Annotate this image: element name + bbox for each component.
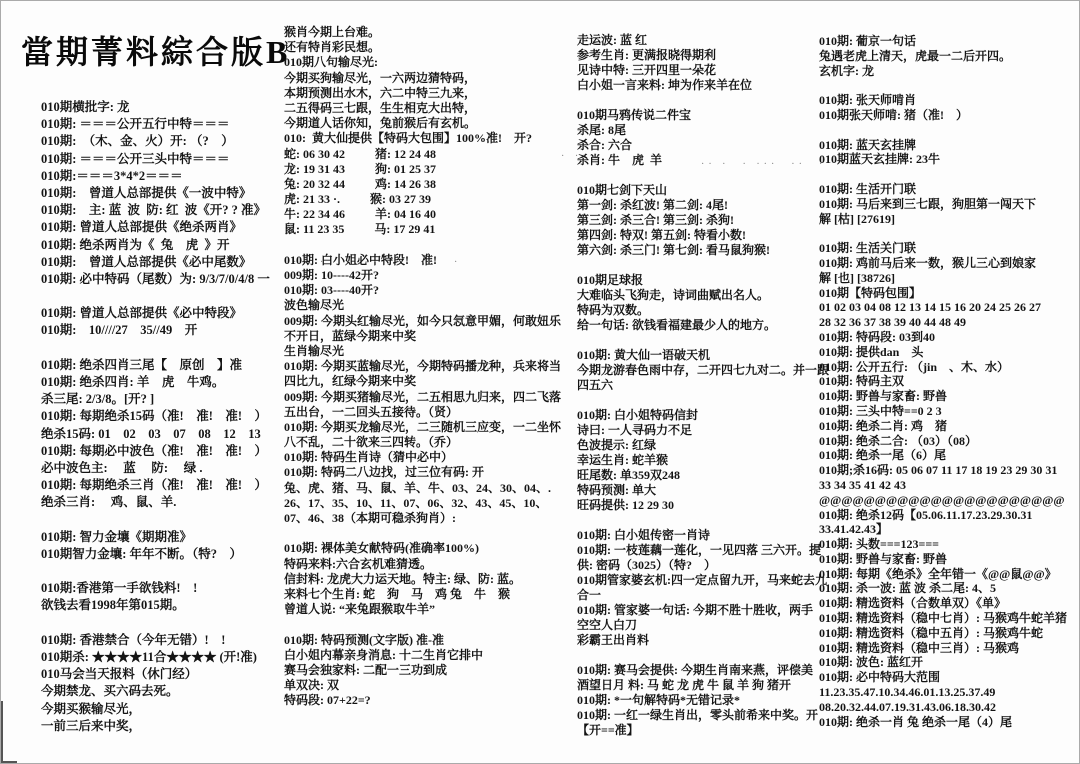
text-line: 010期: 绝杀一尾（6）尾 xyxy=(819,448,1067,463)
text-line: 特码预测: 单大 xyxy=(577,483,829,498)
text-line: 28 32 36 37 38 39 40 44 48 49 xyxy=(819,315,1067,330)
text-line: 08.20.32.44.07.19.31.43.06.18.30.42 xyxy=(819,700,1067,715)
text-line: 诗曰: 一人寻码力不足 xyxy=(577,423,829,438)
text-line: 蛇: 06 30 42 猪: 12 24 48 xyxy=(284,147,561,162)
text-line: 兔、虎、猪、马、鼠、羊、牛、03、24、30、04、. xyxy=(284,481,561,496)
text-line: 010期: 绝杀两肖为《 兔 虎 》开 xyxy=(41,237,270,254)
text-line: 010期: 白小姐传密一肖诗 xyxy=(577,528,829,543)
text-line: 010期: 曾道人总部提供《必中特段》 xyxy=(41,305,270,322)
text-line: 酒望日月 料: 马 蛇 龙 虎 牛 鼠 羊 狗 猪开 xyxy=(577,678,829,693)
text-line: 010期: 马后来到三七跟，狗胆第一闯天下 xyxy=(819,197,1067,212)
text-line: 010期: 绝杀一肖 兔 绝杀一尾（4）尾 xyxy=(819,715,1067,730)
text-line: 010期: 精选资料（稳中三肖）: 马猴鸡 xyxy=(819,641,1067,656)
text-line: 010期: *一句解特码*无错记录* xyxy=(577,693,829,708)
text-line: 010: 黄大仙提供【特码大包围】100%准! 开? xyxy=(284,131,561,146)
text-line xyxy=(577,513,829,528)
text-line: 解 [也] [38726] xyxy=(819,271,1067,286)
text-line xyxy=(577,648,829,663)
column-left: 010期横批字: 龙010期: ＝＝＝公开五行中特＝＝＝010期: （木、金、火… xyxy=(41,99,270,735)
text-line: 010期: 特码预测(文字版) 准-准 xyxy=(284,633,561,648)
text-line: 010期蓝天玄挂牌: 23牛 xyxy=(819,152,1067,167)
tipsheet-page: 當期菁料綜合版B 010期横批字: 龙010期: ＝＝＝公开五行中特＝＝＝010… xyxy=(0,0,1080,764)
text-line: 第一剑: 杀红波! 第二剑: 4尾! xyxy=(577,198,829,213)
text-line: 010期: 03----40开? xyxy=(284,283,561,298)
text-line: 见诗中特: 三开四里一朵花 xyxy=(577,63,829,78)
text-line: 来料七个生肖: 蛇 狗 马 鸡 兔 牛 猴 xyxy=(284,587,561,602)
text-line: 01 02 03 04 08 12 13 14 15 16 20 24 25 2… xyxy=(819,300,1067,315)
text-line: 010期: 精选资料（稳中五肖）: 马猴鸡牛蛇 xyxy=(819,626,1067,641)
text-line: 合一 xyxy=(577,588,829,603)
noise-dots: · · · · · · · xyxy=(293,257,461,268)
text-line: 010期: 赛马会提供: 今期生肖南来燕，评偿美 xyxy=(577,663,829,678)
text-line: 010期: 张天师啃肖 xyxy=(819,93,1067,108)
text-line xyxy=(41,512,270,529)
text-line: 第三剑: 杀三合! 第三剑: 杀狗! xyxy=(577,213,829,228)
text-line: 信封料: 龙虎大力运天地。特主: 绿、防: 蓝。 xyxy=(284,572,561,587)
text-line: 曾道人说: “来兔跟猴取牛羊” xyxy=(284,602,561,617)
text-line: 010期横批字: 龙 xyxy=(41,99,270,116)
text-line: 今期禁龙、买六码去死。 xyxy=(41,683,270,700)
text-line: 赛马会独家料: 二配一三功到成 xyxy=(284,663,561,678)
text-line: 010期: ＝＝＝公开五行中特＝＝＝ xyxy=(41,116,270,133)
text-line: 一前三后来中奖， xyxy=(41,718,270,735)
text-line: 010期足球报 xyxy=(577,273,829,288)
text-line xyxy=(819,226,1067,241)
text-line: 010期: 每期绝杀15码（准! 准! 准! ） xyxy=(41,408,270,425)
page-title: 當期菁料綜合版B xyxy=(21,27,290,73)
text-line xyxy=(284,238,561,253)
column-mid-right: 走运波: 蓝 红参考生肖: 更满报晓得期利见诗中特: 三开四里一朵花白小姐一言来… xyxy=(577,33,829,738)
text-line xyxy=(41,615,270,632)
text-line: 010期: 鸡前马后来一数，猴儿三心到娘家 xyxy=(819,256,1067,271)
text-line: 八不乱，二十欲来三四转。（乔） xyxy=(284,435,561,450)
text-line: 010期: 今期买龙输尽光，二三随机三应变，一二坐怀 xyxy=(284,420,561,435)
text-line: 今期买狗输尽光，一六两边猜特码， xyxy=(284,71,561,86)
text-line xyxy=(577,168,829,183)
text-line: 010期: 黄大仙一语破天机 xyxy=(577,348,829,363)
text-line: 特码段: 07+22=? xyxy=(284,693,561,708)
text-line: 四五六 xyxy=(577,378,829,393)
text-line xyxy=(577,258,829,273)
text-line: 010期: 曾道人总部提供《一波中特》 xyxy=(41,185,270,202)
page-corner-mark xyxy=(1,701,17,763)
text-line: 010期: 一枝莲藕一莲化，一见四落 三六开。提 xyxy=(577,543,829,558)
text-line: 第四剑: 特双! 第五剑: 特看小数! xyxy=(577,228,829,243)
text-line xyxy=(819,167,1067,182)
text-line: 010期: 今期买蓝输尽光，今期特码播龙种，兵来将当 xyxy=(284,359,561,374)
text-line: 010期: 野兽与家畜: 野兽 xyxy=(819,389,1067,404)
text-line: 今期道人话你知，兔前猴后有玄机。 xyxy=(284,116,561,131)
text-line: 色波提示: 红绿 xyxy=(577,438,829,453)
text-line: 010期: 曾道人总部提供《必中尾数》 xyxy=(41,254,270,271)
text-line: 白小姐一言来料: 坤为作来羊在位 xyxy=(577,78,829,93)
text-line: 009期: 今期买猪输尽光，二五相思九归来，四二飞落 xyxy=(284,390,561,405)
text-line: 010期: 特码段: 03到40 xyxy=(819,330,1067,345)
text-line: 空空人白刀 xyxy=(577,618,829,633)
text-line: 010期: 三头中特==0 2 3 xyxy=(819,404,1067,419)
text-line: 010期马鸦传说二件宝 xyxy=(577,108,829,123)
text-line: 010期管家婆玄机:四一定点留九开，马来蛇去九 xyxy=(577,573,829,588)
text-line: 010期: 特码生肖诗（猜中必中） xyxy=(284,450,561,465)
text-line: 010期杀: ★★★★11合★★★★ (开!准) xyxy=(41,649,270,666)
text-line: 大难临头飞狗走，诗词曲赋出名人。 xyxy=(577,288,829,303)
text-line: 今期买猴输尽光， xyxy=(41,701,270,718)
text-line: 010期七剑下天山 xyxy=(577,183,829,198)
text-line: 二五得码三七跟，生生相克大出特， xyxy=(284,101,561,116)
text-line: 010期: 波色: 蓝红开 xyxy=(819,655,1067,670)
text-line: 010期: 10////27 35//49 开 xyxy=(41,322,270,339)
text-line: 必中波色主: 蓝 防: 绿 . xyxy=(41,460,270,477)
text-line: 010期: 野兽与家畜: 野兽 xyxy=(819,552,1067,567)
text-line: 010期:＝＝＝3*4*2＝＝＝ xyxy=(41,168,270,185)
text-line: 07、46、38（本期可稳杀狗肖）: xyxy=(284,511,561,526)
text-line: 兔: 20 32 44 鸡: 14 26 38 xyxy=(284,177,561,192)
text-line: 生肖输尽光 xyxy=(284,344,561,359)
text-line: 010期: 精选资料（稳中七肖）: 马猴鸡牛蛇羊猪 xyxy=(819,611,1067,626)
text-line: 欲钱去看1998年第015期。 xyxy=(41,597,270,614)
text-line xyxy=(819,123,1067,138)
text-line: 010期: 一红一绿生肖出，零头前希来中奖。开 xyxy=(577,708,829,723)
text-line: 010期: 绝杀12码【05.06.11.17.23.29.30.31 xyxy=(819,508,1067,523)
text-line: 010期: 每期必中波色（准! 准! 准! ） xyxy=(41,443,270,460)
text-line: 010期: 绝杀四肖: 羊 虎 牛鸡。 xyxy=(41,374,270,391)
text-line: 解 [枯] [27619] xyxy=(819,212,1067,227)
text-line: 兔遇老虎上清天，虎最一二后开四。 xyxy=(819,49,1067,64)
text-line: 010期: 必中特码（尾数）为: 9/3/7/0/4/8 一 xyxy=(41,271,270,288)
text-line xyxy=(577,333,829,348)
text-line: 010期: 管家婆一句话: 今期不胜十胜收，两手 xyxy=(577,603,829,618)
text-line: 旺码提供: 12 29 30 xyxy=(577,498,829,513)
text-line xyxy=(284,617,561,632)
text-line: 010期: （木、金、火）开: （? ） xyxy=(41,133,270,150)
text-line: 010期: 白小姐特码信封 xyxy=(577,408,829,423)
text-line: 绝杀15码: 01 02 03 07 08 12 13 xyxy=(41,426,270,443)
text-line: 010期: 裸体美女献特码(准确率100%) xyxy=(284,541,561,556)
text-line: 010期: 杀一波: 蓝 波 杀二尾: 4、5 xyxy=(819,581,1067,596)
text-line: 走运波: 蓝 红 xyxy=(577,33,829,48)
text-line: 010期: 每期《绝杀》全年错一《@@鼠@@》 xyxy=(819,567,1067,582)
text-line: 010期: 必中特码大范围 xyxy=(819,670,1067,685)
text-line: 010期智力金壤: 年年不断。（特? ） xyxy=(41,546,270,563)
text-line: 供: 密码（3025）（特? ） xyxy=(577,558,829,573)
text-line: 杀三尾: 2/3/8。[开? ] xyxy=(41,391,270,408)
text-line xyxy=(41,563,270,580)
text-line: 010期: 生活关门联 xyxy=(819,241,1067,256)
text-line xyxy=(819,78,1067,93)
text-line: 本期预测出水木，六二中特三九来， xyxy=(284,86,561,101)
text-line: 【开==准】 xyxy=(577,723,829,738)
text-line: 今期龙游春色雨中存，二开四七九对二。并一跟 xyxy=(577,363,829,378)
text-line: 010期: 葡京一句话 xyxy=(819,34,1067,49)
text-line: 不开日，蓝绿今期来中奖 xyxy=(284,329,561,344)
text-line: 猴肖今期上台难。 xyxy=(284,25,561,40)
text-line: 009期: 10----42开? xyxy=(284,268,561,283)
text-line: 010期:香港第一手欲钱料! ! xyxy=(41,580,270,597)
text-line: 四比九，红绿今期来中奖 xyxy=(284,374,561,389)
text-line: 010期: 香港禁合（今年无错）! ! xyxy=(41,632,270,649)
text-line: 第六剑: 杀三门! 第七剑: 看马鼠狗猴! xyxy=(577,243,829,258)
text-line: 龙: 19 31 43 狗: 01 25 37 xyxy=(284,162,561,177)
text-line: 还有特肖彩民想。 xyxy=(284,40,561,55)
noise-dots: · ··· · · ·· xyxy=(561,151,665,162)
text-line: 参考生肖: 更满报晓得期利 xyxy=(577,48,829,63)
text-line: 33 34 35 41 42 43 xyxy=(819,478,1067,493)
text-line: 杀尾: 8尾 xyxy=(577,123,829,138)
text-line: 009期: 今期头红输尽光，如今只忥意甲媚，何敢妞乐 xyxy=(284,314,561,329)
text-line: 虎: 21 33 ·. 猴: 03 27 39 xyxy=(284,192,561,207)
text-line: @@@@@@@@@@@@@@@@@@@@@@ xyxy=(819,493,1067,508)
text-line: 白小姐内幕亲身消息: 十二生肖它排中 xyxy=(284,648,561,663)
text-line: 010期八句输尽光: xyxy=(284,55,561,70)
text-line: 彩霸王出肖料 xyxy=(577,633,829,648)
text-line: 010期: 特码主双 xyxy=(819,374,1067,389)
column-mid-left: 猴肖今期上台难。还有特肖彩民想。010期八句输尽光:今期买狗输尽光，一六两边猜特… xyxy=(284,25,561,708)
text-line: 010期: 生活开门联 xyxy=(819,182,1067,197)
text-line: 010期: 提供dan 头 xyxy=(819,345,1067,360)
text-line: 010期;杀16码: 05 06 07 11 17 18 19 23 29 30… xyxy=(819,463,1067,478)
text-line: 010期: 公开五行: （jin 、木、水） xyxy=(819,360,1067,375)
text-line: 特码为双数。 xyxy=(577,303,829,318)
text-line: 010马会当天报料（休门经） xyxy=(41,666,270,683)
text-line: 010期【特码包围】 xyxy=(819,286,1067,301)
text-line: 010期张天师啃: 猪（准! ） xyxy=(819,108,1067,123)
text-line: 旺尾数: 单359双248 xyxy=(577,468,829,483)
noise-dots: ·· · · ··· ·· · xyxy=(701,159,826,170)
text-line: 010期: ＝＝＝公开三头中特＝＝＝ xyxy=(41,151,270,168)
text-line: 010期: 绝杀二合: （03）（08） xyxy=(819,434,1067,449)
text-line: 010期: 蓝天玄挂牌 xyxy=(819,138,1067,153)
text-line: 33.41.42.43】 xyxy=(819,522,1067,537)
text-line: 010期: 智力金壤《期期准》 xyxy=(41,529,270,546)
text-line: 绝杀三肖: 鸡、鼠、羊. xyxy=(41,494,270,511)
text-line: 波色输尽光 xyxy=(284,298,561,313)
text-line: 010期: 曾道人总部提供《绝杀两肖》 xyxy=(41,219,270,236)
text-line: 010期: 特码二八边找，过三位有码: 开 xyxy=(284,465,561,480)
text-line: 010期: 绝杀二肖: 鸡 猪 xyxy=(819,419,1067,434)
text-line: 010期: 精选资料（合数单双）《单》 xyxy=(819,596,1067,611)
text-line: 单双决: 双 xyxy=(284,678,561,693)
text-line: 010期: 绝杀四肖三尾【 原创 】准 xyxy=(41,357,270,374)
text-line xyxy=(41,288,270,305)
text-line: 幸运生肖: 蛇羊猴 xyxy=(577,453,829,468)
column-right: 010期: 葡京一句话兔遇老虎上清天，虎最一二后开四。玄机字: 龙010期: 张… xyxy=(819,34,1067,729)
text-line xyxy=(284,526,561,541)
text-line: 010期: 头数===123=== xyxy=(819,537,1067,552)
text-line: 11.23.35.47.10.34.46.01.13.25.37.49 xyxy=(819,685,1067,700)
text-line: 给一句话: 欲钱看福建最少人的地方。 xyxy=(577,318,829,333)
text-line xyxy=(41,340,270,357)
text-line: 玄机字: 龙 xyxy=(819,64,1067,79)
text-line: 010期: 每期绝杀三肖（准! 准! 准! ） xyxy=(41,477,270,494)
text-line: 牛: 22 34 46 羊: 04 16 40 xyxy=(284,207,561,222)
text-line: 五出台，一二回头五接待。（贤） xyxy=(284,405,561,420)
text-line xyxy=(577,393,829,408)
text-line: 鼠: 11 23 35 马: 17 29 41 xyxy=(284,222,561,237)
text-line: 26、17、35、10、11、07、06、32、43、45、10、 xyxy=(284,496,561,511)
text-line xyxy=(577,93,829,108)
text-line: 特码来料:六合玄机难猜透。 xyxy=(284,557,561,572)
text-line: 010期: 主: 蓝 波 防: 红 波《开? ? 准》 xyxy=(41,202,270,219)
